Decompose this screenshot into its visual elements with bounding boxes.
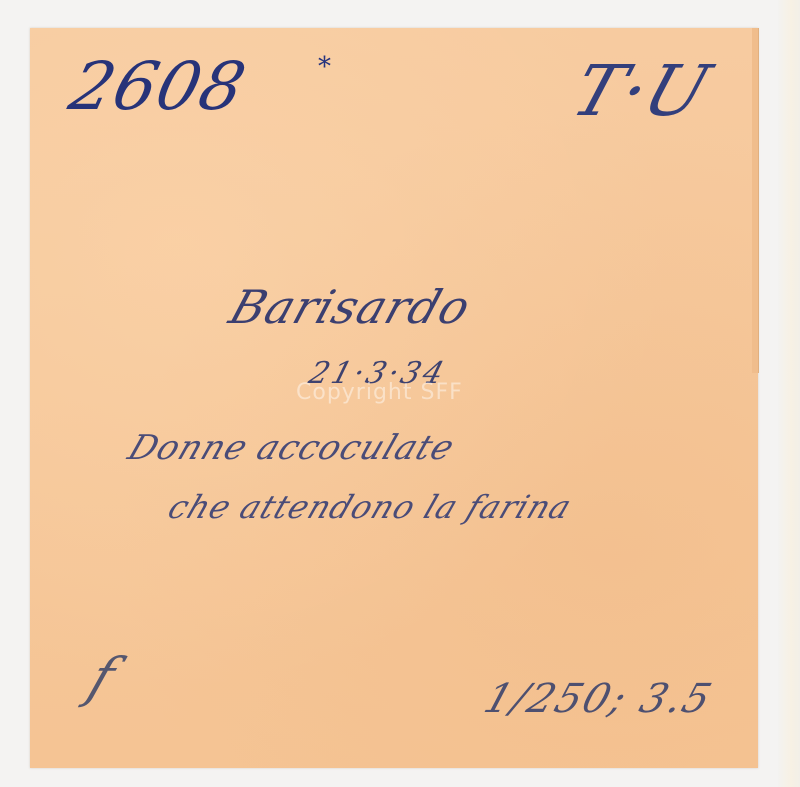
star-icon: *: [318, 52, 331, 82]
backdrop: [778, 0, 800, 787]
series-code: T·U: [563, 50, 721, 132]
catalog-number: 2608: [62, 48, 253, 125]
copyright-watermark: Copyright SFF: [296, 380, 463, 405]
caption-line-2: che attendono la farina: [163, 488, 577, 526]
place-name: Barisardo: [223, 280, 478, 334]
paper-fold-edge: [752, 28, 759, 373]
exposure-settings: 1/250; 3.5: [479, 676, 719, 722]
caption-line-1: Donne accoculate: [123, 428, 461, 468]
